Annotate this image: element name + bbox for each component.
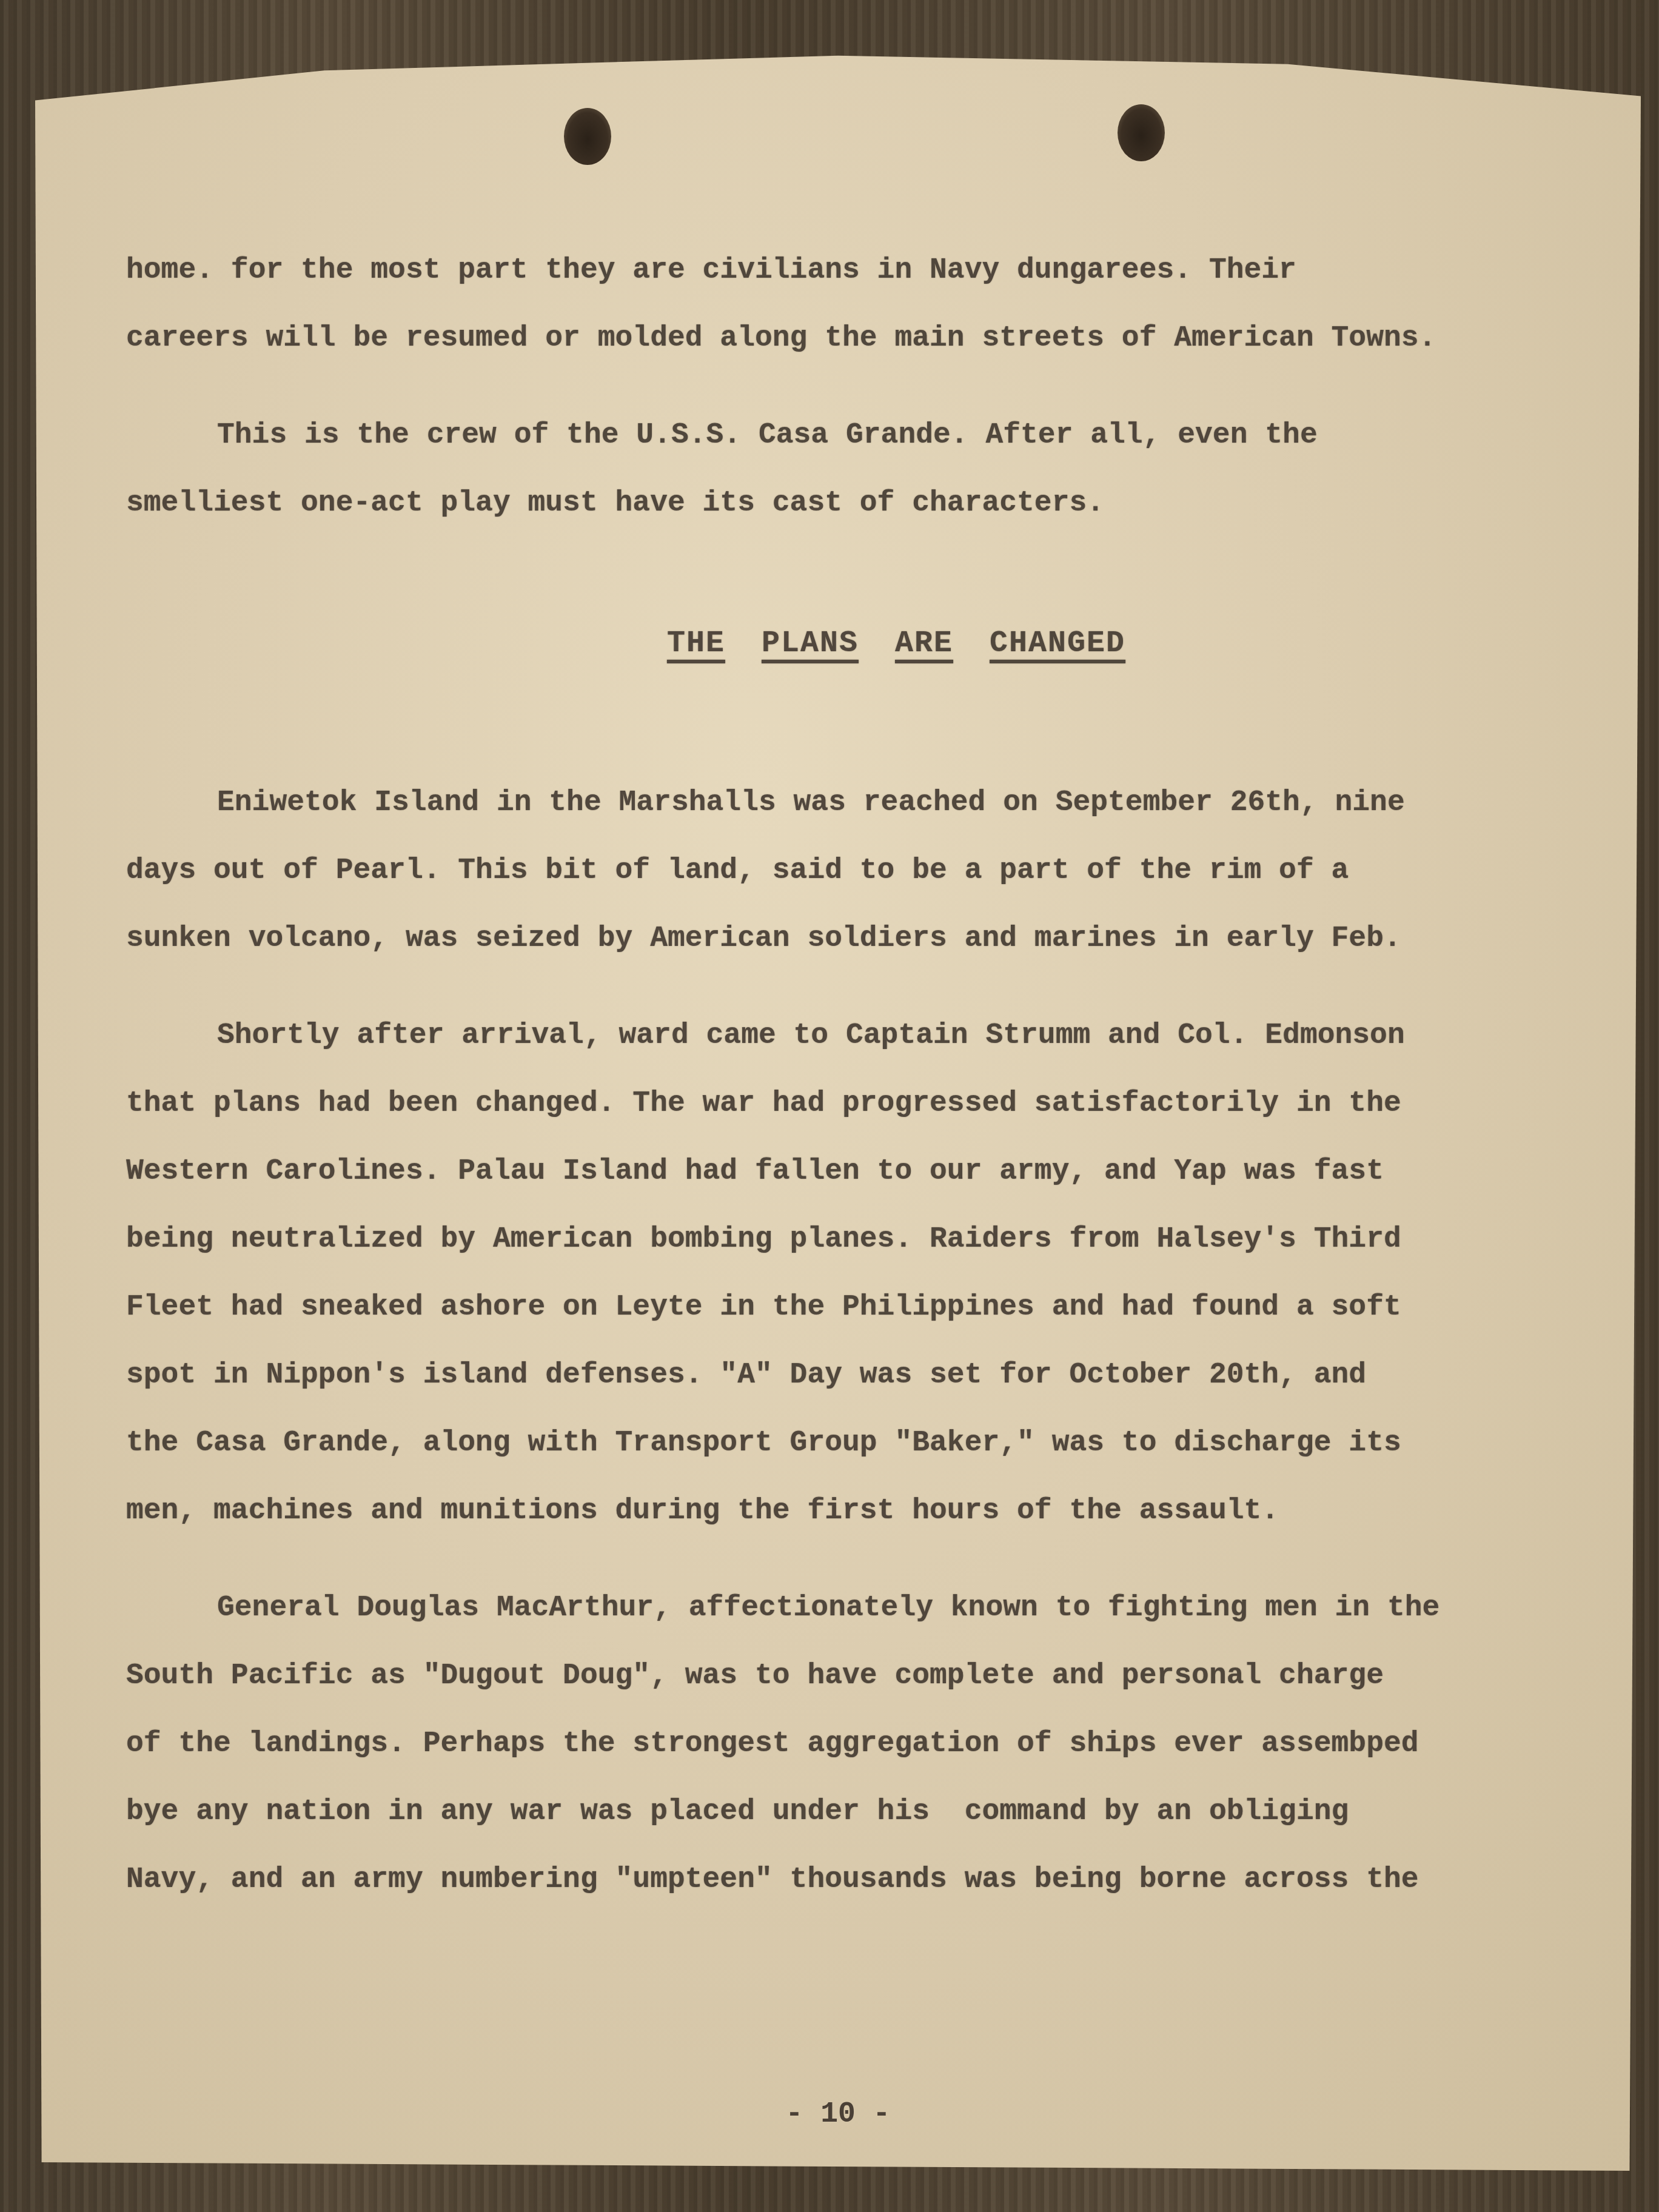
text-line: smelliest one-act play must have its cas… [126, 469, 1659, 537]
text-line: Western Carolines. Palau Island had fall… [126, 1138, 1659, 1205]
punch-hole-right [1118, 104, 1165, 161]
text-line: bye any nation in any war was placed und… [126, 1778, 1659, 1846]
text-line: that plans had been changed. The war had… [126, 1070, 1659, 1138]
text-line: General Douglas MacArthur, affectionatel… [126, 1574, 1659, 1642]
section-heading: THE PLANS ARE CHANGED [126, 610, 1659, 678]
paragraph: Eniwetok Island in the Marshalls was rea… [126, 769, 1659, 973]
page-body: home. for the most part they are civilia… [126, 236, 1659, 1943]
text-line: home. for the most part they are civilia… [126, 236, 1659, 304]
paragraph: home. for the most part they are civilia… [126, 236, 1659, 372]
paragraph: This is the crew of the U.S.S. Casa Gran… [126, 401, 1659, 537]
text-line: Fleet had sneaked ashore on Leyte in the… [126, 1273, 1659, 1341]
page-number: - 10 - [35, 2098, 1641, 2131]
text-line: Navy, and an army numbering "umpteen" th… [126, 1846, 1659, 1914]
heading-word: ARE [895, 626, 953, 661]
text-line: men, machines and munitions during the f… [126, 1477, 1659, 1545]
text-line: careers will be resumed or molded along … [126, 304, 1659, 372]
heading-word: PLANS [762, 626, 859, 661]
intro-paragraphs: home. for the most part they are civilia… [126, 236, 1659, 537]
heading-word: CHANGED [990, 626, 1125, 661]
text-line: spot in Nippon's island defenses. "A" Da… [126, 1341, 1659, 1409]
typewritten-page: home. for the most part they are civilia… [35, 36, 1641, 2171]
text-line: of the landings. Perhaps the strongest a… [126, 1710, 1659, 1778]
text-line: sunken volcano, was seized by American s… [126, 905, 1659, 973]
heading-word: THE [667, 626, 725, 661]
text-line: This is the crew of the U.S.S. Casa Gran… [126, 401, 1659, 469]
body-paragraphs: Eniwetok Island in the Marshalls was rea… [126, 769, 1659, 1914]
text-line: South Pacific as "Dugout Doug", was to h… [126, 1642, 1659, 1710]
text-line: the Casa Grande, along with Transport Gr… [126, 1409, 1659, 1477]
punch-hole-left [564, 108, 611, 165]
text-line: Eniwetok Island in the Marshalls was rea… [126, 769, 1659, 837]
paragraph: General Douglas MacArthur, affectionatel… [126, 1574, 1659, 1914]
text-line: days out of Pearl. This bit of land, sai… [126, 837, 1659, 905]
text-line: Shortly after arrival, ward came to Capt… [126, 1002, 1659, 1070]
paragraph: Shortly after arrival, ward came to Capt… [126, 1002, 1659, 1545]
text-line: being neutralized by American bombing pl… [126, 1205, 1659, 1273]
